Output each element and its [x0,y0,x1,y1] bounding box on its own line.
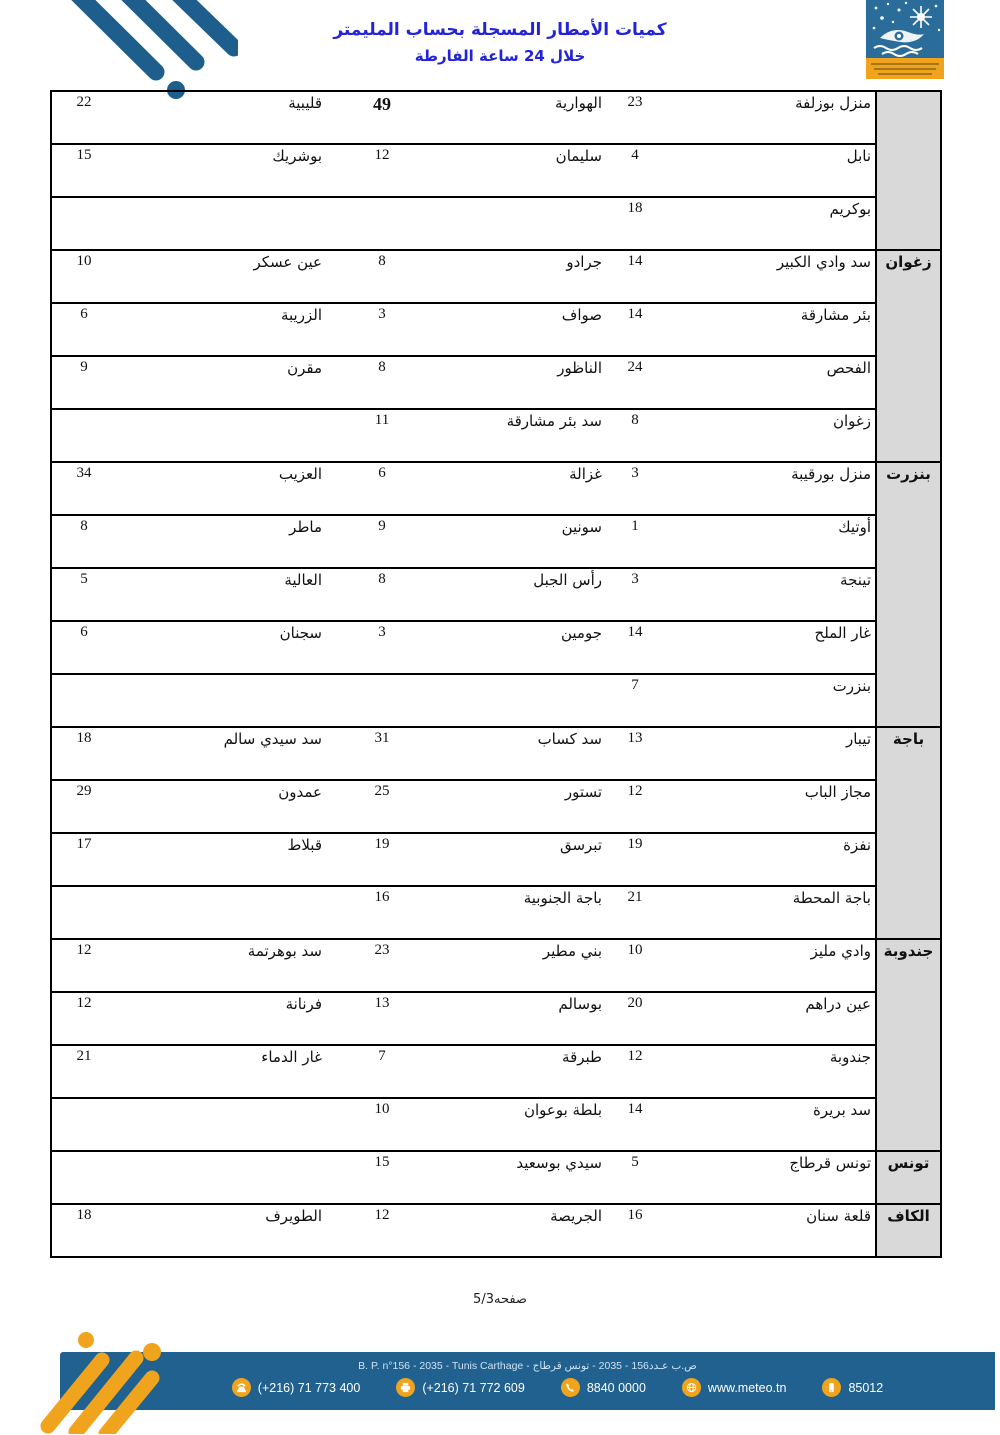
region-cell: جندوبة [876,939,941,1151]
rainfall-value-cell: 6 [51,303,116,356]
station-cell: أوتيك [664,515,876,568]
station-cell: مقرن [116,356,326,409]
footer-fax: (+216) 71 772 609 [396,1378,525,1397]
station-cell: عمدون [116,780,326,833]
station-cell: الزريبة [116,303,326,356]
station-cell: تينجة [664,568,876,621]
region-cell: باجة [876,727,941,939]
footer-fax-number: (+216) 71 772 609 [422,1381,525,1395]
station-cell: سد كساب [438,727,606,780]
station-cell: الهوارية [438,91,606,144]
rainfall-value-cell: 3 [606,568,664,621]
station-cell: بلطة بوعوان [438,1098,606,1151]
table-row: تينجة3رأس الجبل8العالية5 [51,568,941,621]
station-cell: قليبية [116,91,326,144]
rainfall-value-cell: 23 [326,939,438,992]
rainfall-table: منزل بوزلفة23الهوارية49قليبية22نابل4سليم… [50,90,942,1258]
station-cell: عين دراهم [664,992,876,1045]
report-title-line1: كميات الأمطار المسجلة بحساب المليمتر [0,20,1000,40]
rainfall-value-cell: 9 [326,515,438,568]
station-cell [116,1098,326,1151]
table-row: أوتيك1سونين9ماطر8 [51,515,941,568]
rainfall-value-cell: 12 [326,144,438,197]
station-cell: سونين [438,515,606,568]
rainfall-value-cell: 9 [51,356,116,409]
station-cell: بوشريك [116,144,326,197]
rainfall-value-cell: 8 [606,409,664,462]
footer-callcenter: 8840 0000 [561,1378,646,1397]
rainfall-value-cell: 20 [606,992,664,1045]
mobile-icon [822,1378,841,1397]
station-cell [116,1151,326,1204]
station-cell [116,197,326,250]
station-cell: جندوبة [664,1045,876,1098]
rainfall-value-cell: 19 [606,833,664,886]
rainfall-value-cell: 14 [606,1098,664,1151]
station-cell: تيبار [664,727,876,780]
rainfall-value-cell: 10 [606,939,664,992]
station-cell: سجنان [116,621,326,674]
footer-callcenter-number: 8840 0000 [587,1381,646,1395]
table-row: مجاز الباب12تستور25عمدون29 [51,780,941,833]
rainfall-value-cell: 5 [51,568,116,621]
station-cell: ماطر [116,515,326,568]
station-cell [116,886,326,939]
rainfall-value-cell: 6 [51,621,116,674]
footer-sms: 85012 [822,1378,883,1397]
rainfall-value-cell: 3 [326,621,438,674]
station-cell [438,674,606,727]
station-cell: العزيب [116,462,326,515]
region-cell: تونس [876,1151,941,1204]
rainfall-value-cell: 18 [606,197,664,250]
station-cell: بوسالم [438,992,606,1045]
rainfall-value-cell: 21 [606,886,664,939]
station-cell: الناظور [438,356,606,409]
table-row: الكافقلعة سنان16الجريصة12الطويرف18 [51,1204,941,1257]
station-cell [116,674,326,727]
rainfall-value-cell: 5 [606,1151,664,1204]
station-cell: بوكريم [664,197,876,250]
meteo-institute-logo [866,0,944,79]
rainfall-value-cell: 22 [51,91,116,144]
station-cell: بئر مشارقة [664,303,876,356]
rainfall-value-cell: 16 [606,1204,664,1257]
rainfall-value-cell: 7 [326,1045,438,1098]
station-cell: مجاز الباب [664,780,876,833]
station-cell: غزالة [438,462,606,515]
rainfall-value-cell: 13 [606,727,664,780]
rainfall-value-cell: 12 [51,939,116,992]
rainfall-value-cell: 17 [51,833,116,886]
rainfall-value-cell: 49 [326,91,438,144]
table-row: زغوانسد وادي الكبير14جرادو8عين عسكر10 [51,250,941,303]
rainfall-value-cell: 14 [606,303,664,356]
rainfall-value-cell: 8 [326,356,438,409]
rainfall-value-cell: 24 [606,356,664,409]
rainfall-value-cell: 15 [326,1151,438,1204]
rainfall-value-cell: 15 [51,144,116,197]
table-row: باجةتيبار13سد كساب31سد سيدي سالم18 [51,727,941,780]
rainfall-value-cell: 10 [326,1098,438,1151]
station-cell: زغوان [664,409,876,462]
station-cell: سيدي بوسعيد [438,1151,606,1204]
table-row: بئر مشارقة14صواف3الزريبة6 [51,303,941,356]
station-cell: سد سيدي سالم [116,727,326,780]
footer-sms-number: 85012 [848,1381,883,1395]
rainfall-value-cell: 3 [606,462,664,515]
table-row: منزل بوزلفة23الهوارية49قليبية22 [51,91,941,144]
footer-phone: (+216) 71 773 400 [232,1378,361,1397]
station-cell: جرادو [438,250,606,303]
document-page: كميات الأمطار المسجلة بحساب المليمتر خلا… [0,0,1000,1435]
rainfall-value-cell: 16 [326,886,438,939]
report-title: كميات الأمطار المسجلة بحساب المليمتر خلا… [0,20,1000,65]
station-cell: تونس قرطاج [664,1151,876,1204]
rainfall-value-cell: 18 [51,1204,116,1257]
rainfall-value-cell [51,1151,116,1204]
rainfall-value-cell: 18 [51,727,116,780]
footer-phone-number: (+216) 71 773 400 [258,1381,361,1395]
table-row: الفحص24الناظور8مقرن9 [51,356,941,409]
station-cell: الفحص [664,356,876,409]
rainfall-value-cell [51,674,116,727]
rainfall-value-cell: 34 [51,462,116,515]
table-row: نفزة19تبرسق19قبلاط17 [51,833,941,886]
table-row: زغوان8سد بئر مشارقة11 [51,409,941,462]
region-cell: زغوان [876,250,941,462]
rainfall-value-cell: 23 [606,91,664,144]
table-row: بنزرتمنزل بورقيبة3غزالة6العزيب34 [51,462,941,515]
rainfall-value-cell: 8 [51,515,116,568]
region-cell [876,91,941,250]
table-row: بنزرت7 [51,674,941,727]
table-row: سد بريرة14بلطة بوعوان10 [51,1098,941,1151]
station-cell: بني مطير [438,939,606,992]
rainfall-value-cell: 14 [606,250,664,303]
rainfall-value-cell: 25 [326,780,438,833]
station-cell: وادي مليز [664,939,876,992]
rainfall-value-cell: 11 [326,409,438,462]
rainfall-value-cell: 8 [326,568,438,621]
station-cell: غار الدماء [116,1045,326,1098]
phone-icon [232,1378,251,1397]
region-cell: الكاف [876,1204,941,1257]
table-row: تونستونس قرطاج5سيدي بوسعيد15 [51,1151,941,1204]
station-cell: جومين [438,621,606,674]
station-cell: طبرقة [438,1045,606,1098]
station-cell: صواف [438,303,606,356]
station-cell: غار الملح [664,621,876,674]
rainfall-value-cell: 3 [326,303,438,356]
station-cell: بنزرت [664,674,876,727]
station-cell: قلعة سنان [664,1204,876,1257]
rainfall-value-cell [51,886,116,939]
rainfall-value-cell: 13 [326,992,438,1045]
station-cell: فرنانة [116,992,326,1045]
table-row: غار الملح14جومين3سجنان6 [51,621,941,674]
footer-website: www.meteo.tn [682,1378,787,1397]
rainfall-value-cell [51,1098,116,1151]
station-cell: باجة الجنوبية [438,886,606,939]
station-cell: باجة المحطة [664,886,876,939]
table-row: جندوبةوادي مليز10بني مطير23سد بوهرتمة12 [51,939,941,992]
footer-address: B. P. n°156 - 2035 - Tunis Carthage - ص.… [60,1360,995,1372]
footer-band: B. P. n°156 - 2035 - Tunis Carthage - ص.… [60,1352,995,1410]
station-cell: منزل بورقيبة [664,462,876,515]
station-cell: العالية [116,568,326,621]
region-cell: بنزرت [876,462,941,727]
globe-icon [682,1378,701,1397]
report-title-line2: خلال 24 ساعة الفارطة [0,47,1000,65]
rainfall-value-cell: 12 [326,1204,438,1257]
rainfall-value-cell [51,409,116,462]
rainfall-value-cell [326,197,438,250]
page-number: صفحه5/3 [0,1292,1000,1307]
rainfall-value-cell: 19 [326,833,438,886]
footer-website-url: www.meteo.tn [708,1381,787,1395]
table-row: عين دراهم20بوسالم13فرنانة12 [51,992,941,1045]
rainfall-value-cell: 14 [606,621,664,674]
table-row: باجة المحطة21باجة الجنوبية16 [51,886,941,939]
station-cell: سد وادي الكبير [664,250,876,303]
station-cell: منزل بوزلفة [664,91,876,144]
station-cell [116,409,326,462]
station-cell: عين عسكر [116,250,326,303]
rainfall-value-cell [326,674,438,727]
letterhead-stripes-bottom-left-icon [40,1330,200,1434]
rainfall-value-cell: 12 [606,780,664,833]
rainfall-value-cell: 4 [606,144,664,197]
table-row: بوكريم18 [51,197,941,250]
station-cell: الجريصة [438,1204,606,1257]
rainfall-value-cell: 21 [51,1045,116,1098]
handset-icon [561,1378,580,1397]
station-cell: تبرسق [438,833,606,886]
rainfall-value-cell: 12 [606,1045,664,1098]
rainfall-value-cell: 29 [51,780,116,833]
station-cell: سد بئر مشارقة [438,409,606,462]
station-cell: تستور [438,780,606,833]
rainfall-value-cell: 8 [326,250,438,303]
station-cell: سد بريرة [664,1098,876,1151]
table-row: جندوبة12طبرقة7غار الدماء21 [51,1045,941,1098]
station-cell: سليمان [438,144,606,197]
rainfall-value-cell: 1 [606,515,664,568]
table-row: نابل4سليمان12بوشريك15 [51,144,941,197]
station-cell: سد بوهرتمة [116,939,326,992]
station-cell: الطويرف [116,1204,326,1257]
footer-contacts: (+216) 71 773 400 (+216) 71 772 609 8840… [60,1378,995,1397]
station-cell: رأس الجبل [438,568,606,621]
station-cell: نابل [664,144,876,197]
rainfall-value-cell: 10 [51,250,116,303]
fax-icon [396,1378,415,1397]
station-cell: قبلاط [116,833,326,886]
station-cell [438,197,606,250]
station-cell: نفزة [664,833,876,886]
rainfall-value-cell: 7 [606,674,664,727]
rainfall-value-cell [51,197,116,250]
rainfall-value-cell: 12 [51,992,116,1045]
rainfall-value-cell: 6 [326,462,438,515]
rainfall-value-cell: 31 [326,727,438,780]
